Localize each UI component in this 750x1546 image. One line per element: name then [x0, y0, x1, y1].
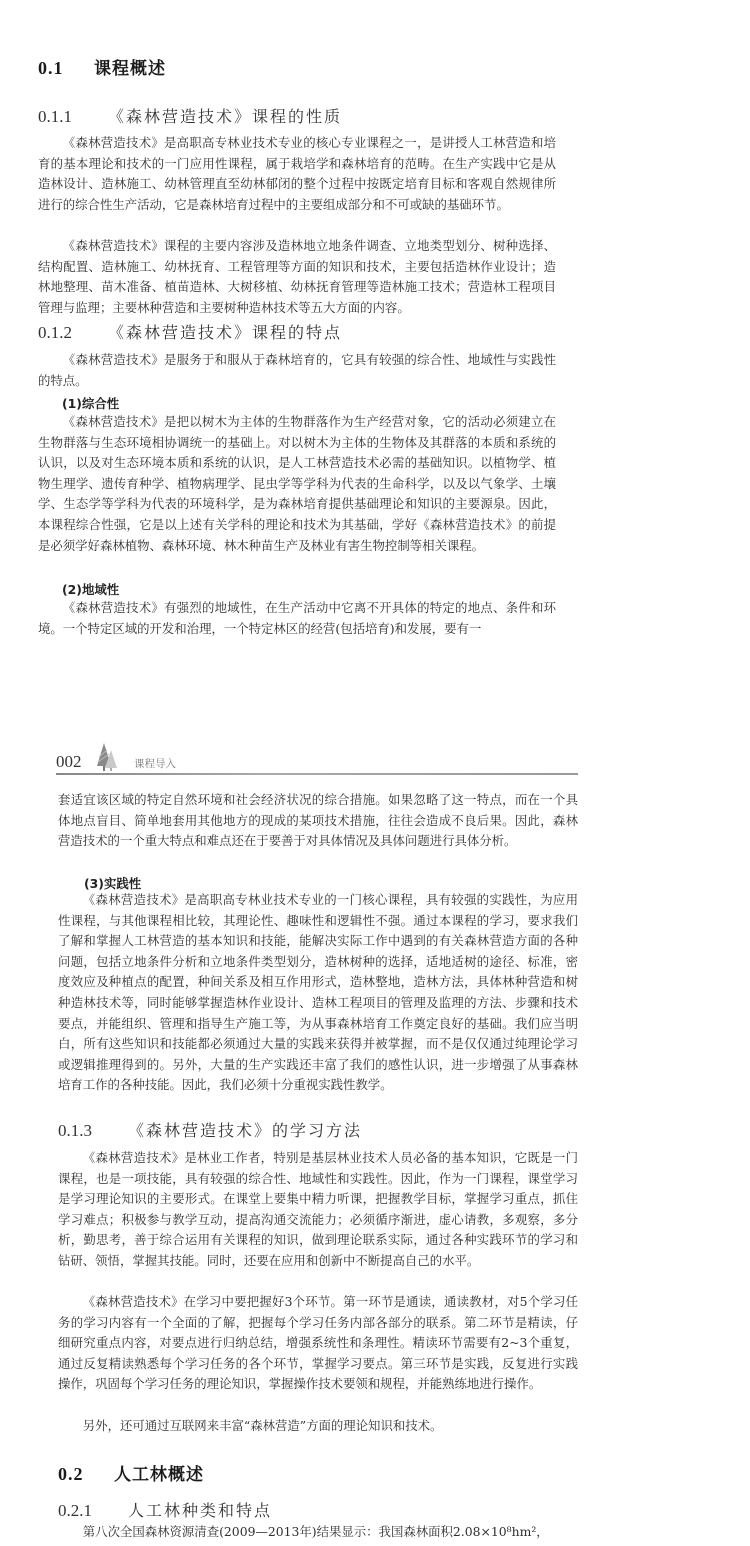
paragraph-course-features-intro: 《森林营造技术》是服务于和服从于森林培育的，它具有较强的综合性、地域性与实践性的…	[38, 350, 556, 391]
section-heading-0-2: 0.2人工林概述	[58, 1460, 204, 1485]
subsection-heading-0-1-2: 0.1.2《森林营造技术》课程的特点	[38, 320, 342, 343]
section-number: 0.1	[38, 58, 94, 79]
feature-heading-regional: (2)地域性	[62, 580, 119, 598]
paragraph-practical: 《森林营造技术》是高职高专林业技术专业的一门核心课程，具有较强的实践性，为应用性…	[58, 890, 578, 1096]
paragraph-course-content: 《森林营造技术》课程的主要内容涉及造林地立地条件调查、立地类型划分、树种选择、结…	[38, 236, 556, 318]
paragraph-comprehensive: 《森林营造技术》是把以树木为主体的生物群落作为生产经营对象，它的活动必须建立在生…	[38, 412, 556, 556]
section-heading-0-1: 0.1课程概述	[38, 54, 166, 79]
subsection-heading-0-1-1: 0.1.1《森林营造技术》课程的性质	[38, 104, 342, 127]
running-head: 002 课程导入	[56, 742, 578, 774]
subsection-title: 《森林营造技术》课程的特点	[108, 323, 342, 342]
subsection-title: 人工林种类和特点	[128, 1501, 272, 1520]
book-page-2: 002 课程导入 套适宜该区域的特定自然环境和社会经济状况的综合措施。如果忽略了…	[0, 700, 750, 1546]
book-page-1: 0.1课程概述 0.1.1《森林营造技术》课程的性质 《森林营造技术》是高职高专…	[0, 0, 750, 700]
paragraph-three-stages: 《森林营造技术》在学习中要把握好3个环节。第一环节是通读，通读教材，对5个学习任…	[58, 1292, 578, 1395]
header-rule	[56, 773, 578, 775]
subsection-number: 0.1.1	[38, 107, 108, 127]
feature-heading-comprehensive: (1)综合性	[62, 394, 119, 412]
subsection-title: 《森林营造技术》的学习方法	[128, 1121, 362, 1140]
subsection-heading-0-2-1: 0.2.1人工林种类和特点	[58, 1498, 272, 1521]
paragraph-course-nature: 《森林营造技术》是高职高专林业技术专业的核心专业课程之一，是讲授人工林营造和培育…	[38, 133, 556, 215]
section-title: 人工林概述	[114, 1465, 204, 1485]
chapter-label: 课程导入	[134, 756, 176, 771]
page-number: 002	[56, 752, 82, 772]
subsection-heading-0-1-3: 0.1.3《森林营造技术》的学习方法	[58, 1118, 362, 1141]
paragraph-regional-continued: 套适宜该区域的特定自然环境和社会经济状况的综合措施。如果忽略了这一特点，而在一个…	[58, 790, 578, 852]
subsection-number: 0.1.2	[38, 323, 108, 343]
paragraph-internet: 另外，还可通过互联网来丰富“森林营造”方面的理论知识和技术。	[58, 1416, 578, 1437]
tree-icon	[94, 742, 122, 772]
subsection-number: 0.1.3	[58, 1121, 128, 1141]
paragraph-study-method: 《森林营造技术》是林业工作者，特别是基层林业技术人员必备的基本知识，它既是一门课…	[58, 1148, 578, 1272]
paragraph-regional-start: 《森林营造技术》有强烈的地域性，在生产活动中它离不开具体的特定的地点、条件和环境…	[38, 598, 556, 639]
subsection-number: 0.2.1	[58, 1501, 128, 1521]
section-number: 0.2	[58, 1464, 114, 1485]
section-title: 课程概述	[94, 59, 166, 79]
paragraph-forest-inventory-start: 第八次全国森林资源清查(2009—2013年)结果显示：我国森林面积2.08×1…	[58, 1522, 578, 1543]
subsection-title: 《森林营造技术》课程的性质	[108, 107, 342, 126]
